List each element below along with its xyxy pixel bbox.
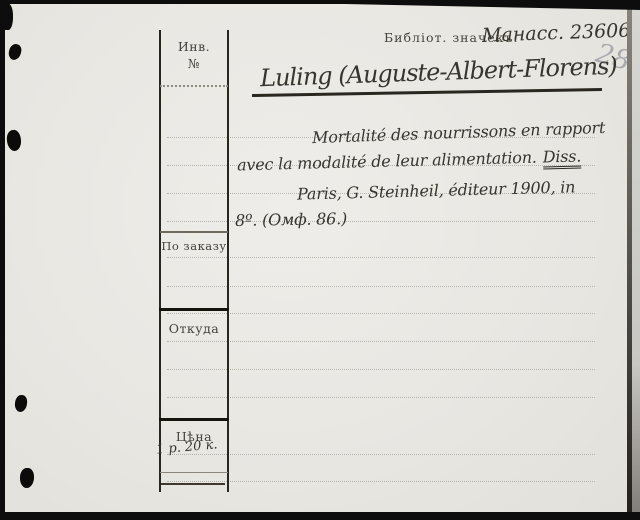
scan-edge-strip bbox=[632, 0, 640, 520]
column-right-rule bbox=[227, 30, 229, 492]
scan-bottom-edge bbox=[0, 512, 640, 520]
column-divider-thick bbox=[159, 418, 229, 421]
ruled-line bbox=[167, 313, 595, 314]
column-divider-thin bbox=[160, 472, 228, 473]
by-order-label: По заказу bbox=[159, 239, 229, 253]
scanned-catalog-card-image: Инв. № По заказу Откуда Цѣна 1 р. 20 к. … bbox=[0, 0, 640, 520]
ruled-line bbox=[167, 369, 595, 370]
column-divider-thin bbox=[160, 231, 228, 233]
ruled-line bbox=[167, 454, 595, 455]
ruled-line bbox=[167, 286, 595, 287]
ruled-line bbox=[167, 397, 595, 398]
ruled-line bbox=[167, 481, 595, 482]
column-divider-dotted bbox=[160, 85, 228, 87]
column-bottom-tick bbox=[161, 483, 225, 485]
column-left-rule bbox=[159, 30, 161, 492]
dissertation-abbreviation: Diss. bbox=[542, 146, 581, 169]
inventory-number-label-line1: Инв. bbox=[159, 39, 229, 54]
origin-label: Откуда bbox=[159, 321, 229, 336]
column-divider-thick bbox=[159, 308, 229, 311]
ruled-line bbox=[167, 221, 595, 222]
format-line: 8º. (Омф. 86.) bbox=[235, 209, 347, 230]
ruled-line bbox=[167, 257, 595, 258]
ruled-line bbox=[167, 341, 595, 342]
inventory-number-label-line2: № bbox=[159, 56, 229, 71]
